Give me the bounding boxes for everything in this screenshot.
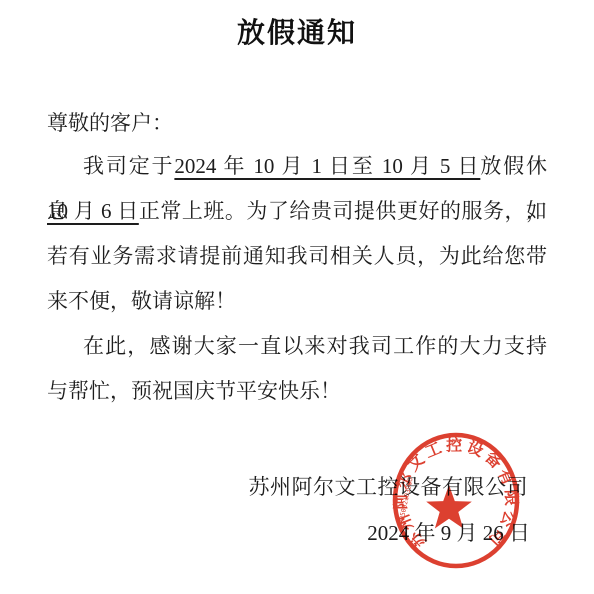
document-title: 放假通知 [0,11,594,51]
body-line: 10 月 6 日正常上班。为了给贵司提供更好的服务，如 [47,189,547,234]
body-line: 在此，感谢大家一直以来对我司工作的大力支持 [47,324,547,369]
text-segment: 正常上班。为了给贵司提供更好的服务，如 [139,199,547,223]
text-segment: 我司定于 [83,154,174,178]
notice-document: 放假通知 尊敬的客户： 我司定于2024 年 10 月 1 日至 10 月 5 … [0,0,594,594]
underlined-text: 2024 年 10 月 1 日至 10 月 5 日 [174,154,480,178]
star-icon [426,485,472,528]
body-line: 我司定于2024 年 10 月 1 日至 10 月 5 日放假休息， [47,144,547,189]
underlined-text: 10 月 6 日 [47,199,139,223]
greeting: 尊敬的客户： [47,107,173,137]
body-line: 与帮忙，预祝国庆节平安快乐！ [47,369,547,414]
body-text: 我司定于2024 年 10 月 1 日至 10 月 5 日放假休息，10 月 6… [47,144,547,414]
text-segment: 若有业务需求请提前通知我司相关人员，为此给您带 [47,244,547,268]
text-segment: 来不便，敬请谅解！ [47,289,236,313]
body-line: 来不便，敬请谅解！ [47,279,547,324]
text-segment: 在此，感谢大家一直以来对我司工作的大力支持 [83,334,547,358]
body-line: 若有业务需求请提前通知我司相关人员，为此给您带 [47,234,547,279]
company-seal: 苏州阿尔文工控设备有限公司 3205002103986 [381,425,531,577]
text-segment: 与帮忙，预祝国庆节平安快乐！ [47,379,341,403]
